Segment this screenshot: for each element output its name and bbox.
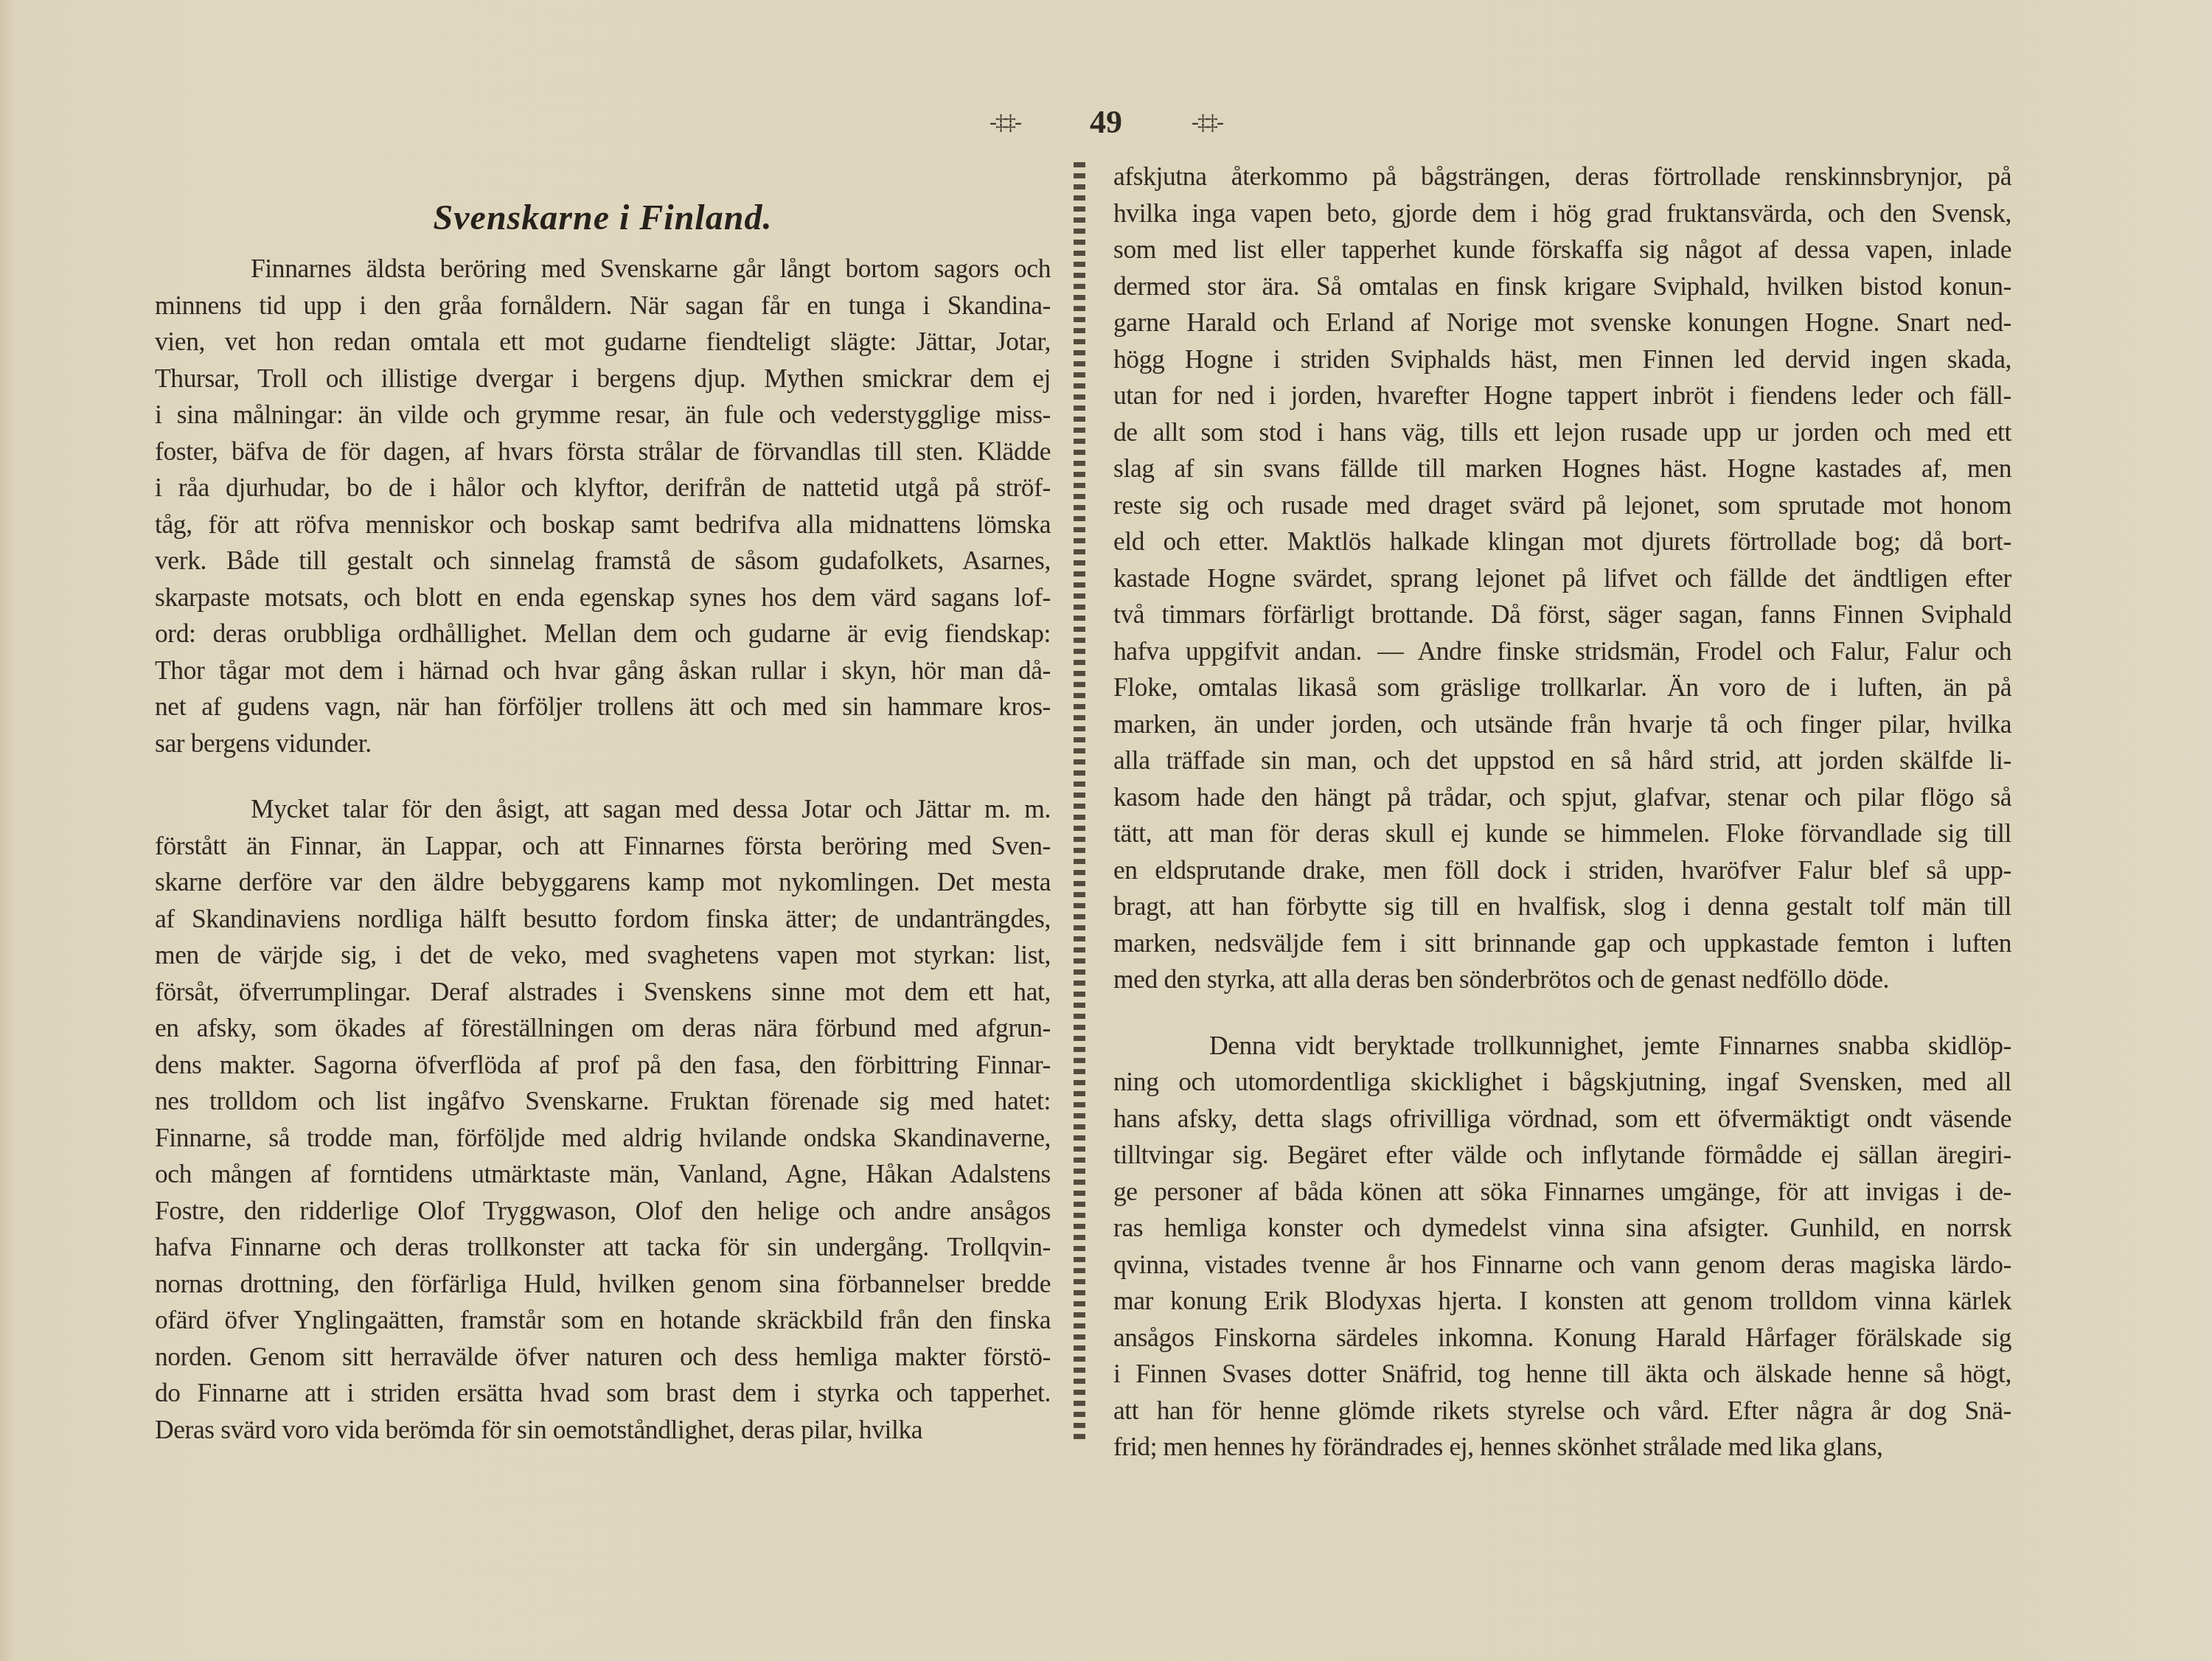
- paragraph-gap: [1113, 998, 2011, 1028]
- text-line: hafva uppgifvit andan. — Andre finske st…: [1113, 633, 2011, 670]
- text-line: hvilka inga vapen beto, gjorde dem i hög…: [1113, 195, 2011, 232]
- page-header: -‡‡- 49 -‡‡-: [0, 103, 2212, 147]
- text-line: bragt, att han förbytte sig till en hval…: [1113, 888, 2011, 925]
- text-line: hans afsky, detta slags ofrivilliga vörd…: [1113, 1101, 2011, 1138]
- text-line: afskjutna återkommo på bågsträngen, dera…: [1113, 159, 2011, 195]
- text-line: eld och etter. Maktlös halkade klingan m…: [1113, 523, 2011, 560]
- text-line: två timmars förfärligt brottande. Då för…: [1113, 596, 2011, 633]
- text-line: vien, vet hon redan omtala ett mot gudar…: [155, 324, 1051, 361]
- ornament-left-icon: -‡‡-: [990, 110, 1020, 135]
- paragraph: Mycket talar för den åsigt, att sagan me…: [155, 791, 1051, 1448]
- paragraph: Denna vidt beryktade trollkunnighet, jem…: [1113, 1028, 2011, 1466]
- text-line: af Skandinaviens nordliga hälft besutto …: [155, 901, 1051, 938]
- text-line: frid; men hennes hy förändrades ej, henn…: [1113, 1429, 2011, 1466]
- text-line: slag af sin svans fällde till marken Hog…: [1113, 450, 2011, 487]
- text-line: Deras svärd voro vida berömda för sin oe…: [155, 1412, 1051, 1449]
- text-line: hafva Finnarne och deras trollkonster at…: [155, 1229, 1051, 1266]
- article-title: Svenskarne i Finland.: [155, 198, 1051, 238]
- text-line: qvinna, vistades tvenne år hos Finnarne …: [1113, 1247, 2011, 1284]
- text-line: Mycket talar för den åsigt, att sagan me…: [155, 791, 1051, 828]
- text-line: som med list eller tapperhet kunde försk…: [1113, 231, 2011, 268]
- text-line: garne Harald och Erland af Norige mot sv…: [1113, 304, 2011, 341]
- paragraph: afskjutna återkommo på bågsträngen, dera…: [1113, 159, 2011, 998]
- text-line: nornas drottning, den förfärliga Huld, h…: [155, 1266, 1051, 1303]
- text-line: en afsky, som ökades af föreställningen …: [155, 1010, 1051, 1047]
- text-line: Finnarne, så trodde man, förföljde med a…: [155, 1120, 1051, 1157]
- ornament-right-icon: -‡‡-: [1192, 110, 1222, 135]
- text-line: alla träffade sin man, och det uppstod e…: [1113, 742, 2011, 779]
- page-number: 49: [1090, 103, 1122, 141]
- text-line: reste sig och rusade med draget svärd på…: [1113, 487, 2011, 524]
- text-line: foster, bäfva de för dagen, af hvars för…: [155, 433, 1051, 470]
- paragraph: Finnarnes äldsta beröring med Svenskarne…: [155, 251, 1051, 762]
- text-line: mar konung Erik Blodyxas hjerta. I konst…: [1113, 1283, 2011, 1320]
- text-line: ord: deras orubbliga ordhållighet. Mella…: [155, 616, 1051, 652]
- text-line: verk. Både till gestalt och sinnelag fra…: [155, 543, 1051, 579]
- column-divider-rule: [1074, 162, 1085, 1445]
- text-line: med den styrka, att alla deras ben sönde…: [1113, 961, 2011, 998]
- left-column: Finnarnes äldsta beröring med Svenskarne…: [155, 251, 1051, 1448]
- text-line: minnens tid upp i den gråa fornåldern. N…: [155, 288, 1051, 324]
- text-line: och mången af forntidens utmärktaste män…: [155, 1156, 1051, 1193]
- text-line: marken, nedsväljde fem i sitt brinnande …: [1113, 925, 2011, 962]
- text-line: försåt, öfverrumplingar. Deraf alstrades…: [155, 974, 1051, 1011]
- text-line: men de värjde sig, i det de veko, med sv…: [155, 937, 1051, 974]
- text-line: dermed stor ära. Så omtalas en finsk kri…: [1113, 268, 2011, 305]
- text-line: Thor tågar mot dem i härnad och hvar gån…: [155, 652, 1051, 689]
- paragraph-gap: [155, 762, 1051, 791]
- text-line: en eldsprutande drake, men föll dock i s…: [1113, 852, 2011, 889]
- text-line: ansågos Finskorna särdeles inkomna. Konu…: [1113, 1320, 2011, 1357]
- text-line: skarpaste motsats, och blott en enda ege…: [155, 579, 1051, 616]
- right-column: afskjutna återkommo på bågsträngen, dera…: [1113, 159, 2011, 1466]
- text-line: ofärd öfver Ynglingaätten, framstår som …: [155, 1302, 1051, 1339]
- text-line: kastade Hogne svärdet, sprang lejonet på…: [1113, 560, 2011, 597]
- text-line: do Finnarne att i striden ersätta hvad s…: [155, 1375, 1051, 1412]
- text-line: att han för henne glömde rikets styrelse…: [1113, 1393, 2011, 1430]
- text-line: ge personer af båda könen att söka Finna…: [1113, 1174, 2011, 1211]
- text-line: tåg, för att röfva menniskor och boskap …: [155, 506, 1051, 543]
- text-line: i sina målningar: än vilde och grymme re…: [155, 397, 1051, 433]
- text-line: de allt som stod i hans väg, tills ett l…: [1113, 414, 2011, 451]
- text-line: tätt, att man för deras skull ej kunde s…: [1113, 815, 2011, 852]
- text-line: kasom hade den hängt på trådar, och spju…: [1113, 779, 2011, 816]
- text-line: skarne derföre var den äldre bebyggarens…: [155, 864, 1051, 901]
- text-line: sar bergens vidunder.: [155, 725, 1051, 762]
- text-line: tilltvingar sig. Begäret efter välde och…: [1113, 1137, 2011, 1174]
- text-line: Fostre, den ridderlige Olof Tryggwason, …: [155, 1193, 1051, 1230]
- text-line: nes trolldom och list ingåfvo Svenskarne…: [155, 1083, 1051, 1120]
- text-line: ning och utomordentliga skicklighet i bå…: [1113, 1064, 2011, 1101]
- text-line: marken, än under jorden, och utsände frå…: [1113, 706, 2011, 743]
- text-line: i Finnen Svases dotter Snäfrid, tog henn…: [1113, 1356, 2011, 1393]
- text-line: dens makter. Sagorna öfverflöda af prof …: [155, 1047, 1051, 1084]
- text-line: norden. Genom sitt herravälde öfver natu…: [155, 1339, 1051, 1376]
- text-line: Finnarnes äldsta beröring med Svenskarne…: [155, 251, 1051, 288]
- text-line: Thursar, Troll och illistige dvergar i b…: [155, 361, 1051, 397]
- text-line: ras hemliga konster och dymedelst vinna …: [1113, 1210, 2011, 1247]
- text-line: högg Hogne i striden Sviphalds häst, men…: [1113, 341, 2011, 378]
- text-line: i råa djurhudar, bo de i hålor och klyft…: [155, 470, 1051, 506]
- text-line: utan for ned i jorden, hvarefter Hogne t…: [1113, 377, 2011, 414]
- text-line: Denna vidt beryktade trollkunnighet, jem…: [1113, 1028, 2011, 1065]
- text-line: Floke, omtalas likaså som gräslige troll…: [1113, 669, 2011, 706]
- text-line: förstått än Finnar, än Lappar, och att F…: [155, 828, 1051, 865]
- text-line: net af gudens vagn, när han förföljer tr…: [155, 689, 1051, 725]
